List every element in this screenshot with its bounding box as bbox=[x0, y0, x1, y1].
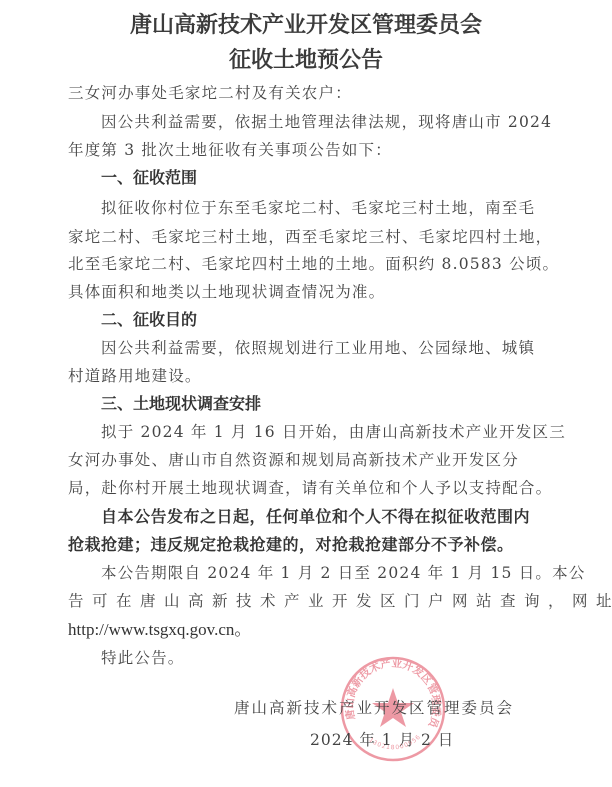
survey-line-2: 女河办事处、唐山市自然资源和规划局高新技术产业开发区分 bbox=[68, 450, 519, 470]
title-organization: 唐山高新技术产业开发区管理委员会 bbox=[0, 8, 612, 39]
period-line-1: 本公告期限自 2024 年 1 月 2 日至 2024 年 1 月 15 日。本… bbox=[101, 563, 586, 583]
scope-line-4: 具体面积和地类以土地现状调查情况为准。 bbox=[68, 282, 385, 302]
signature-date: 2024 年 1 月 2 日 bbox=[310, 730, 454, 750]
section-heading-survey: 三、土地现状调查安排 bbox=[101, 394, 261, 414]
signature-organization: 唐山高新技术产业开发区管理委员会 bbox=[234, 698, 514, 718]
period-line-2: 告可在唐山高新技术产业开发区门户网站查询，网址为 bbox=[68, 591, 612, 611]
title-notice: 征收土地预公告 bbox=[0, 43, 612, 74]
purpose-line-2: 村道路用地建设。 bbox=[68, 366, 202, 386]
survey-line-3: 局，赴你村开展土地现状调查，请有关单位和个人予以支持配合。 bbox=[68, 478, 552, 498]
addressee: 三女河办事处毛家坨二村及有关农户： bbox=[68, 83, 352, 103]
closing-text: 特此公告。 bbox=[101, 648, 185, 668]
purpose-line-1: 因公共利益需要，依照规划进行工业用地、公园绿地、城镇 bbox=[101, 338, 535, 358]
intro-line-1: 因公共利益需要，依据土地管理法律法规，现将唐山市 2024 bbox=[101, 112, 552, 132]
website-url: http://www.tsgxq.gov.cn。 bbox=[68, 620, 251, 640]
scope-line-3: 北至毛家坨二村、毛家坨四村土地的土地。面积约 8.0583 公顷。 bbox=[68, 254, 559, 274]
section-heading-scope: 一、征收范围 bbox=[101, 168, 197, 188]
notice-page: 唐山高新技术产业开发区管理委员会 征收土地预公告 三女河办事处毛家坨二村及有关农… bbox=[0, 0, 612, 787]
scope-line-1: 拟征收你村位于东至毛家坨二村、毛家坨三村土地，南至毛 bbox=[101, 198, 535, 218]
scope-line-2: 家坨二村、毛家坨三村土地，西至毛家坨三村、毛家坨四村土地， bbox=[68, 227, 552, 247]
warning-line-2: 抢栽抢建；违反规定抢栽抢建的，对抢栽抢建部分不予补偿。 bbox=[68, 535, 514, 555]
survey-line-1: 拟于 2024 年 1 月 16 日开始，由唐山高新技术产业开发区三 bbox=[101, 422, 566, 442]
section-heading-purpose: 二、征收目的 bbox=[101, 310, 197, 330]
intro-line-2: 年度第 3 批次土地征收有关事项公告如下： bbox=[68, 140, 392, 160]
warning-line-1: 自本公告发布之日起，任何单位和个人不得在拟征收范围内 bbox=[101, 507, 530, 527]
